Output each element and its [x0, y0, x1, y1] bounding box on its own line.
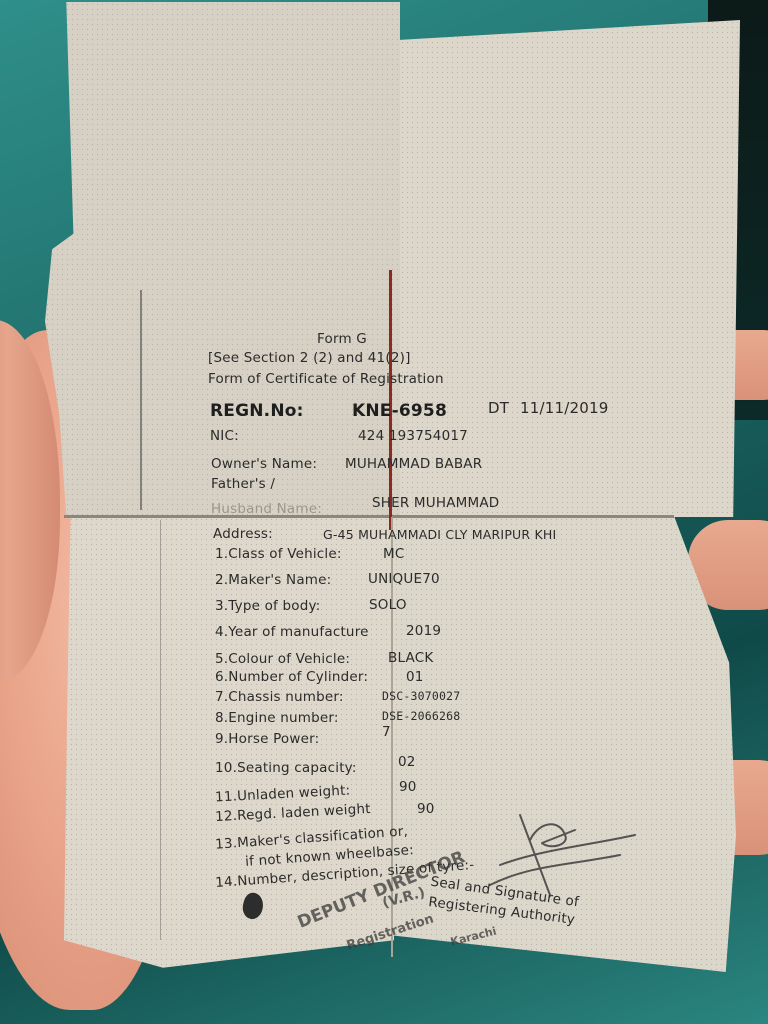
regn-label: REGN.No: [210, 401, 304, 421]
owner-label: Owner's Name: [211, 456, 317, 472]
field-label: 5.Colour of Vehicle: [215, 651, 350, 667]
field-value: MC [383, 546, 404, 562]
hand-thumb [0, 320, 60, 680]
date-value: 11/11/2019 [520, 399, 608, 417]
field-value: 90 [417, 801, 435, 817]
section-reference: [See Section 2 (2) and 41(2)] [208, 350, 411, 366]
field-label: 6.Number of Cylinder: [215, 669, 368, 685]
field-label: 8.Engine number: [215, 710, 339, 726]
field-value: 2019 [406, 623, 441, 639]
field-value: DSE-2066268 [382, 709, 460, 723]
field-value: SOLO [369, 597, 407, 613]
field-label: 9.Horse Power: [215, 731, 319, 747]
field-label: 10.Seating capacity: [215, 760, 357, 776]
address-value: G-45 MUHAMMADI CLY MARIPUR KHI [323, 527, 556, 542]
field-label: 1.Class of Vehicle: [215, 546, 342, 562]
field-value: BLACK [388, 650, 433, 666]
field-label: 2.Maker's Name: [215, 572, 331, 588]
vertical-tear [389, 270, 392, 530]
date-label: DT [488, 399, 509, 417]
field-value: 7 [382, 724, 391, 740]
field-value: UNIQUE70 [368, 571, 440, 587]
nic-label: NIC: [210, 428, 239, 444]
field-label: 4.Year of manufacture [215, 624, 369, 640]
owner-value: MUHAMMAD BABAR [345, 456, 482, 472]
field-label: 7.Chassis number: [215, 689, 344, 705]
nic-value: 424 193754017 [358, 428, 468, 444]
field-value: DSC-3070027 [382, 689, 460, 703]
signature-icon [480, 805, 640, 915]
form-title: Form G [317, 331, 367, 347]
form-subtitle: Form of Certificate of Registration [208, 371, 444, 387]
regn-value: KNE-6958 [352, 401, 447, 421]
field-label: 3.Type of body: [215, 598, 320, 614]
margin-rule-lower [160, 520, 161, 940]
margin-rule [140, 290, 142, 510]
field-value: 02 [398, 754, 416, 770]
father-value: SHER MUHAMMAD [372, 495, 499, 511]
horizontal-fold [64, 515, 674, 518]
father-label: Father's / [211, 476, 275, 492]
husband-label: Husband Name: [211, 501, 322, 517]
field-value: 90 [399, 779, 417, 795]
address-label: Address: [213, 526, 273, 542]
field-value: 01 [406, 669, 424, 685]
